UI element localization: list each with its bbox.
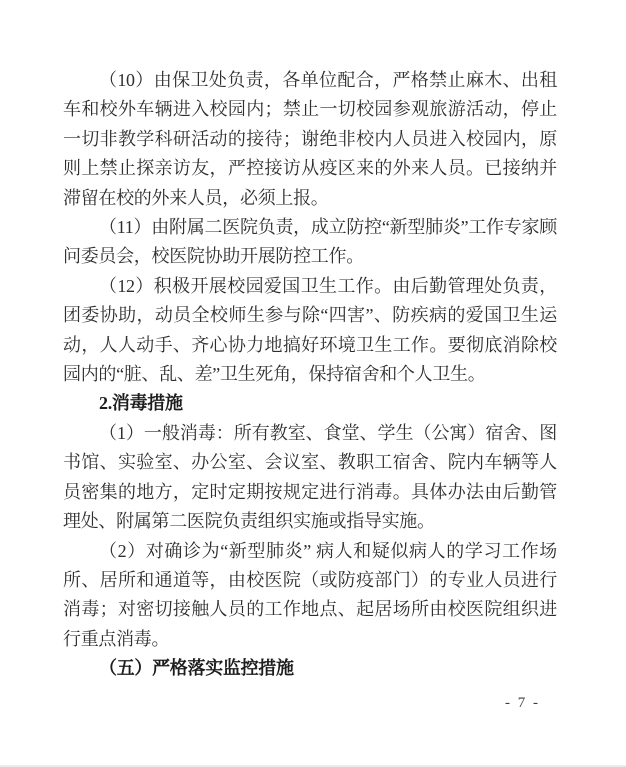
- paragraph-item-11: （11）由附属二医院负责，成立防控“新型肺炎”工作专家顾问委员会，校医院协助开展…: [63, 213, 557, 272]
- document-text-block: （10）由保卫处负责，各单位配合，严格禁止麻木、出租车和校外车辆进入校园内；禁止…: [63, 66, 557, 684]
- paragraph-item-12: （12）积极开展校园爱国卫生工作。由后勤管理处负责，团委协助，动员全校师生参与除…: [63, 272, 557, 390]
- paragraph-general-disinfection: （1）一般消毒：所有教室、食堂、学生（公寓）宿舍、图书馆、实验室、办公室、会议室…: [63, 419, 557, 537]
- paragraph-confirmed-case-disinfection: （2）对确诊为“新型肺炎” 病人和疑似病人的学习工作场所、居所和通道等，由校医院…: [63, 537, 557, 655]
- page-number: - 7 -: [505, 694, 540, 712]
- scanned-document-page: （10）由保卫处负责，各单位配合，严格禁止麻木、出租车和校外车辆进入校园内；禁止…: [0, 0, 626, 767]
- paragraph-item-10: （10）由保卫处负责，各单位配合，严格禁止麻木、出租车和校外车辆进入校园内；禁止…: [63, 66, 557, 213]
- heading-disinfection-measures: 2.消毒措施: [63, 389, 557, 418]
- heading-monitoring-measures: （五）严格落实监控措施: [63, 654, 557, 683]
